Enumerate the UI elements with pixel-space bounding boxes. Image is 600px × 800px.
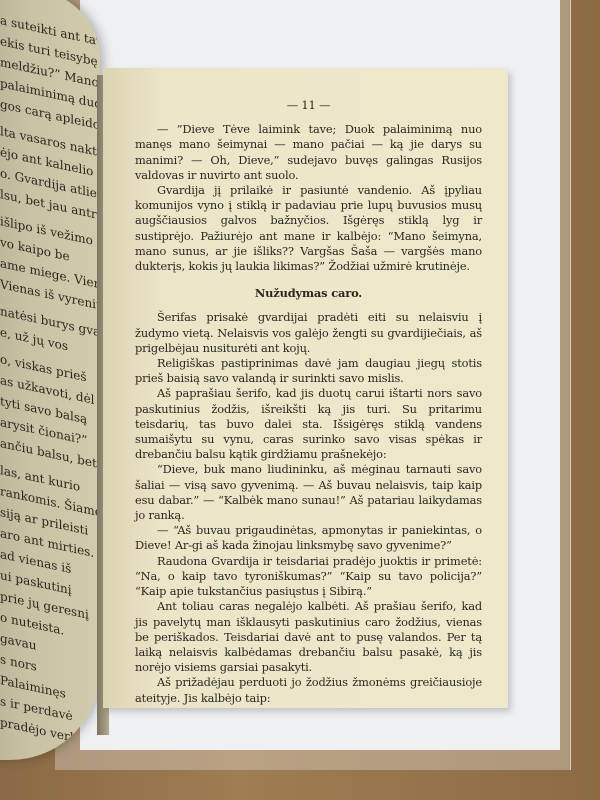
section-heading: Nužudymas caro. xyxy=(135,286,482,301)
paragraph: Gvardija jį prilaikė ir pasiuntė vandeni… xyxy=(135,183,482,274)
left-page-text: a suteikti ant tavo kaiekis turi teisybę… xyxy=(0,10,100,759)
paragraph: Aš paprašiau šerifo, kad jis duotų carui… xyxy=(135,386,482,462)
paragraph: Raudona Gvardija ir teisdariai pradėjo j… xyxy=(135,554,482,600)
right-page-text: — 11 — — ”Dieve Tėve laimink tave; Duok … xyxy=(135,98,482,706)
paragraph: — “Aš buvau prigaudinėtas, apmonytas ir … xyxy=(135,523,482,553)
right-page: — 11 — — ”Dieve Tėve laimink tave; Duok … xyxy=(103,68,508,708)
page-number: — 11 — xyxy=(135,98,482,113)
paragraph: Ant toliau caras negalėjo kalbėti. Aš pr… xyxy=(135,599,482,675)
paragraph: “Dieve, buk mano liudininku, aš mėginau … xyxy=(135,462,482,523)
paragraph: — ”Dieve Tėve laimink tave; Duok palaimi… xyxy=(135,122,482,183)
paragraph: Aš prižadėjau perduoti jo žodžius žmonėm… xyxy=(135,675,482,705)
paragraph: Religiškas pastiprinimas davė jam daugia… xyxy=(135,356,482,386)
left-page: a suteikti ant tavo kaiekis turi teisybę… xyxy=(0,0,100,760)
paragraph: Šerifas prisakė gvardijai pradėti eiti s… xyxy=(135,310,482,356)
